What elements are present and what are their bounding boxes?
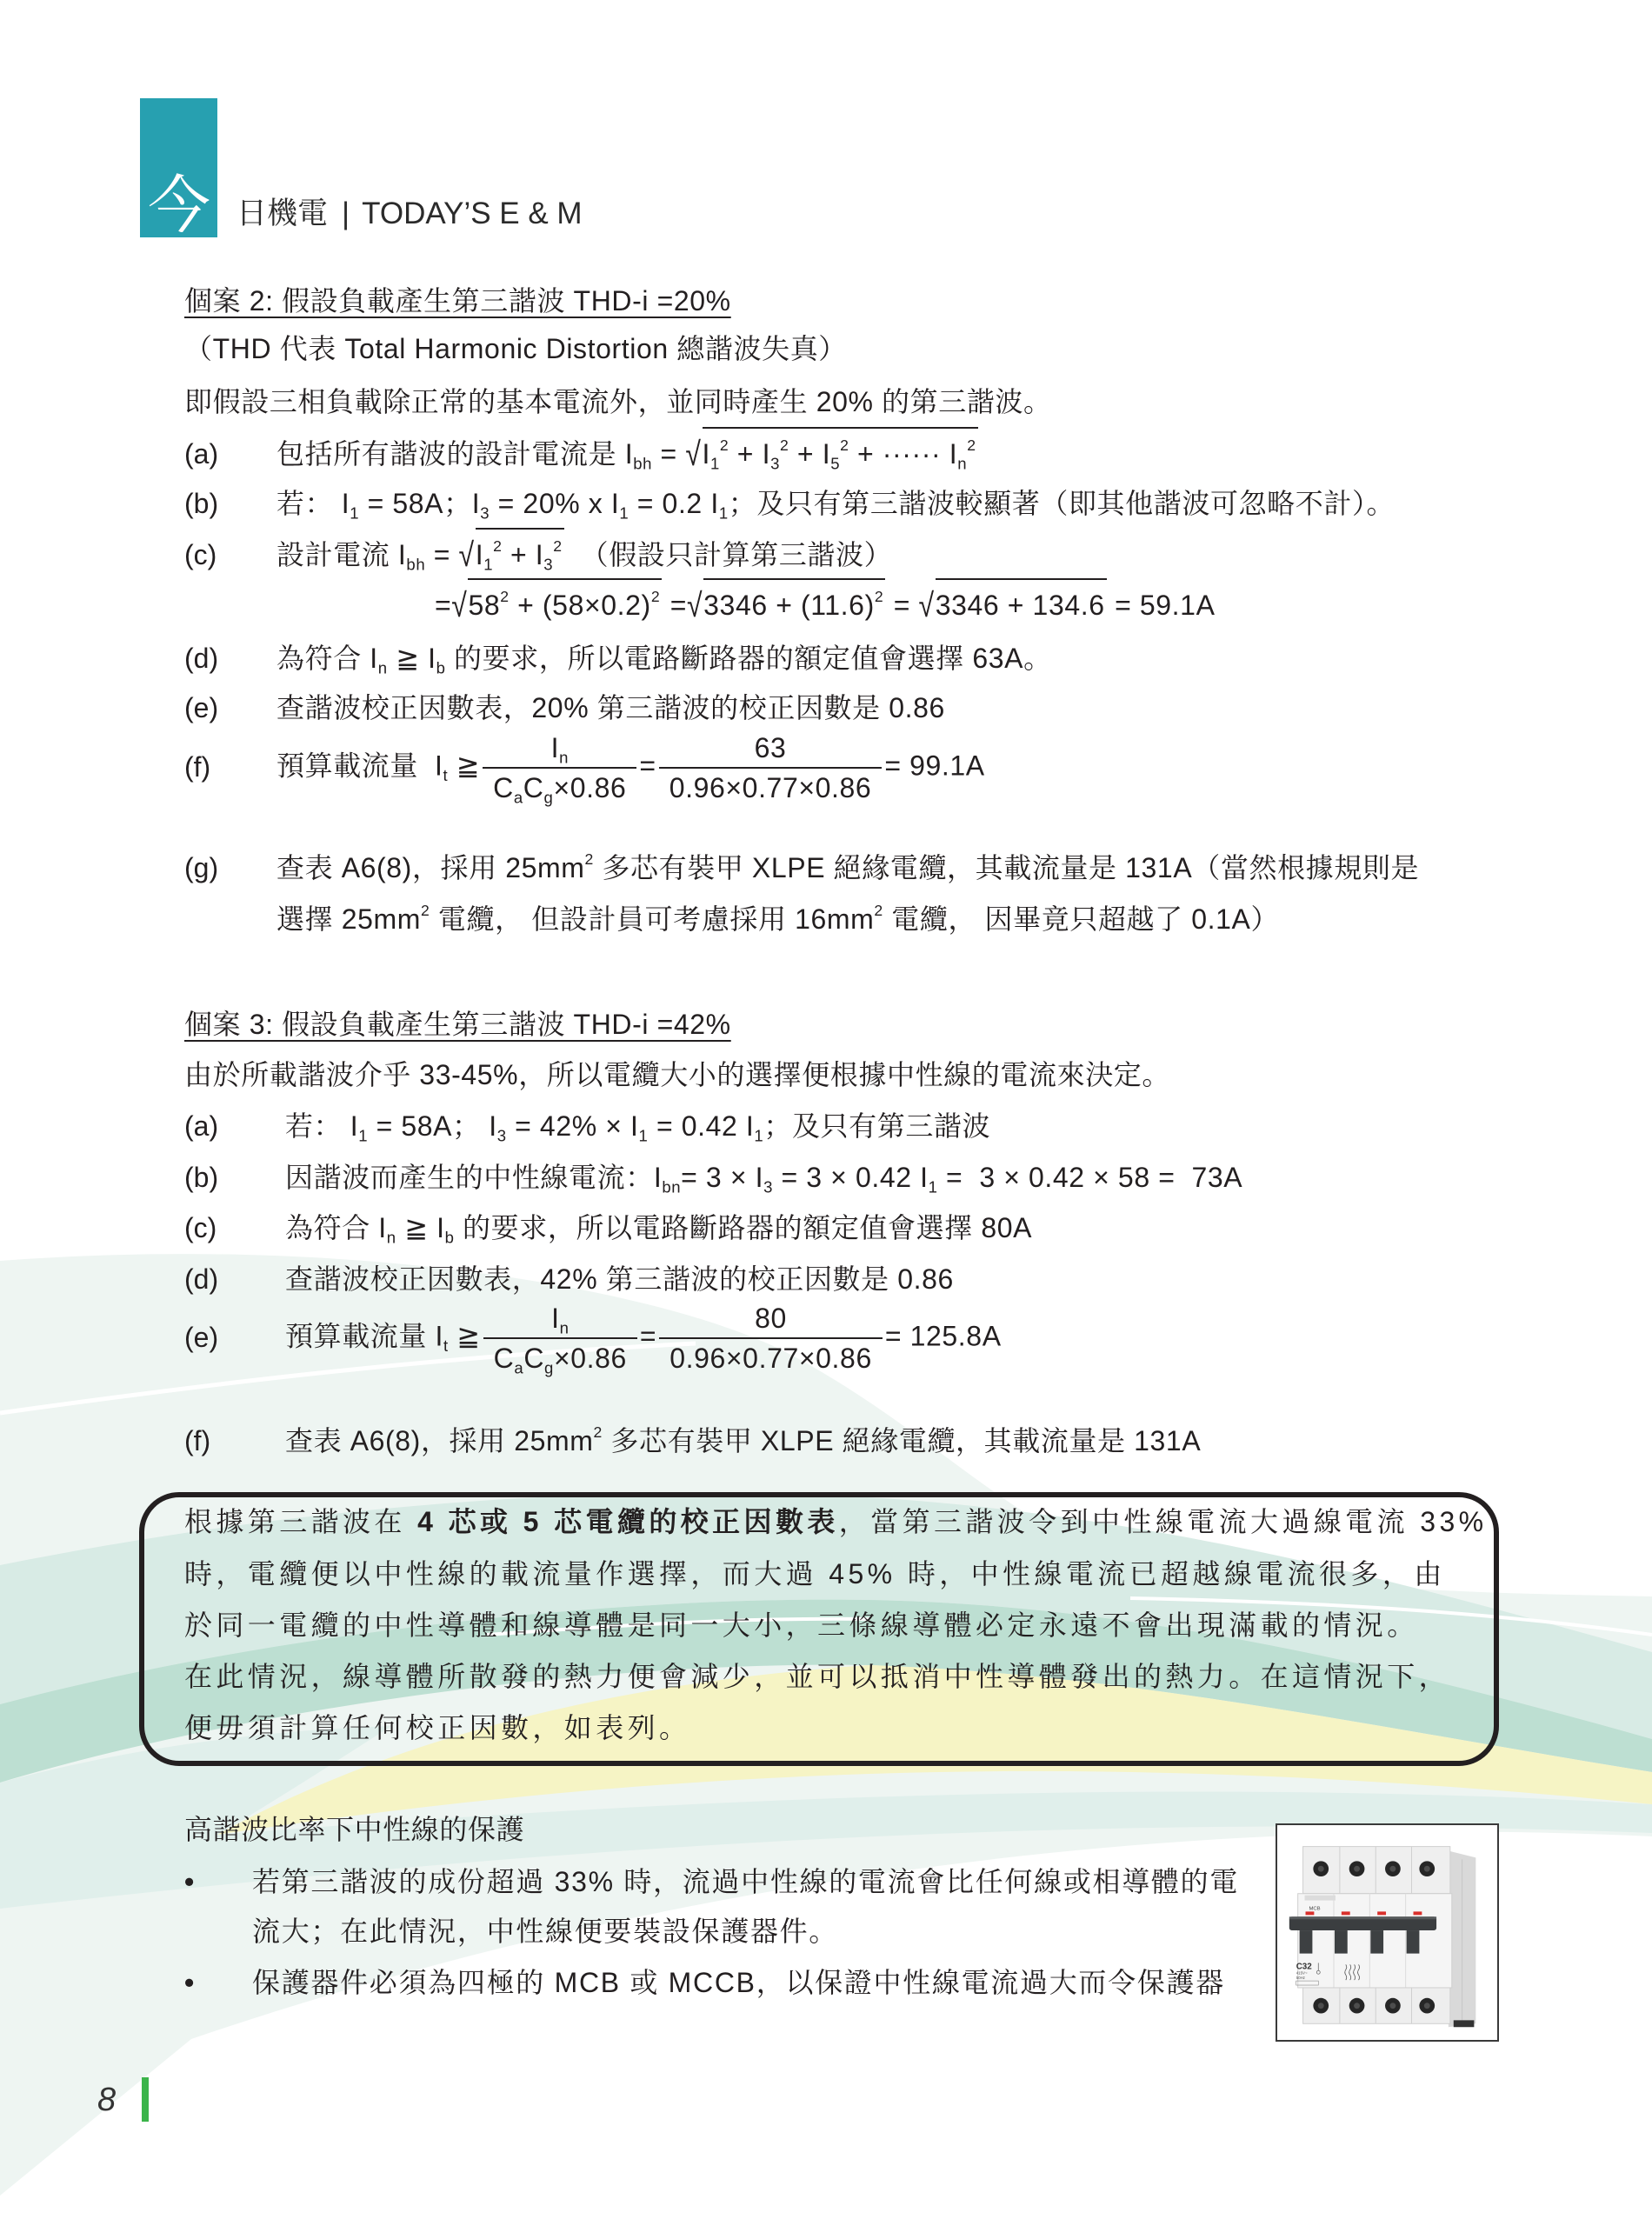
item-text: 預算載流量 It ≧InCaCg×0.86=630.96×0.77×0.86= … (276, 729, 985, 807)
math-symbol: I (630, 1110, 639, 1142)
subscript: n (387, 1228, 396, 1246)
note-line: 根據第三諧波在 4 芯或 5 芯電纜的校正因數表，當第三諧波令到中性線電流大過線… (184, 1504, 1488, 1539)
subscript: 1 (719, 503, 729, 522)
text-run: = (662, 590, 687, 621)
case-2-title: 個案 2: 假設負載產生第三諧波 THD-i =20% (184, 283, 731, 318)
case-2-intro: 即假設三相負載除正常的基本電流外，並同時產生 20% 的第三諧波。 (184, 384, 1052, 419)
text-run: 多芯有裝甲 XLPE 絕緣電纜，其載流量是 131A (603, 1425, 1201, 1456)
text-run: = 3 × 0.42 × 58 = 73A (938, 1162, 1243, 1193)
case-2-intro-row: 即假設三相負載除正常的基本電流外，並同時產生 20% 的第三諧波。 (0, 384, 1652, 419)
text-run: = 0.2 (629, 488, 710, 519)
square-root: √I12 + I32 (459, 537, 564, 577)
text-run: + (58×0.2) (510, 590, 651, 621)
radicand: I12 + I32 (476, 528, 564, 577)
text-run: 0.96×0.77×0.86 (669, 1343, 872, 1374)
subscript: b (436, 658, 446, 676)
case-3-item-e: (e) 預算載流量 It ≧InCaCg×0.86=800.96×0.77×0.… (0, 1299, 1652, 1334)
case-2-item-g: (g) 查表 A6(8)，採用 25mm2 多芯有裝甲 XLPE 絕緣電纜，其載… (0, 850, 1652, 885)
note-box: 根據第三諧波在 4 芯或 5 芯電纜的校正因數表，當第三諧波令到中性線電流大過線… (139, 1492, 1499, 1766)
math-symbol: I (436, 1320, 444, 1351)
math-symbol: I (472, 488, 481, 519)
subscript: n (957, 454, 967, 472)
superscript: 2 (874, 902, 883, 919)
bullet-icon: • (184, 1965, 194, 2000)
text-run: 預算載流量 (285, 1320, 436, 1351)
text-run: 查表 A6(8)，採用 25mm (285, 1425, 594, 1456)
bullet-text: 若第三諧波的成份超過 33% 時，流過中性線的電流會比任何線或相導體的電 (252, 1864, 1239, 1899)
note-line: 便毋須計算任何校正因數，如表列。 (184, 1710, 690, 1745)
square-root: √I12 + I32 + I52 + ······ In2 (685, 437, 977, 477)
item-text: 查諧波校正因數表，20% 第三諧波的校正因數是 0.86 (276, 690, 945, 725)
superscript: 2 (553, 537, 562, 555)
bullet-icon: • (184, 1864, 194, 1899)
math-symbol: I (551, 1303, 560, 1334)
square-root: √582 + (58×0.2)2 (451, 588, 662, 628)
math-symbol: I (611, 488, 620, 519)
math-symbol: I (746, 1110, 755, 1142)
radical-sign-icon: √ (919, 584, 935, 626)
subscript: 5 (830, 454, 840, 472)
brand-english: TODAY’S E & M (362, 197, 582, 230)
text-run: = (639, 750, 656, 781)
math-symbol: I (625, 438, 634, 470)
item-label: (b) (184, 1160, 218, 1195)
case-3-title: 個案 3: 假設負載產生第三諧波 THD-i =42% (184, 1007, 731, 1042)
square-root: √3346 + 134.6 (919, 588, 1107, 628)
item-label: (f) (184, 1423, 210, 1458)
text-run: ≧ (448, 750, 480, 781)
item-text: 若： I1 = 58A；I3 = 20% x I1 = 0.2 I1；及只有第三… (276, 486, 1395, 521)
case-2-item-f: (f) 預算載流量 It ≧InCaCg×0.86=630.96×0.77×0.… (0, 729, 1652, 763)
text-run: = (885, 590, 918, 621)
case-3-item-f: (f) 查表 A6(8)，採用 25mm2 多芯有裝甲 XLPE 絕緣電纜，其載… (0, 1423, 1652, 1458)
publication-title: 日機電|TODAY’S E & M (236, 197, 583, 231)
math-symbol: I (763, 438, 771, 470)
item-label: (a) (184, 437, 218, 471)
superscript: 2 (651, 588, 660, 605)
subscript: b (445, 1228, 455, 1246)
case-2-note: （THD 代表 Total Harmonic Distortion 總諧波失真） (184, 331, 847, 366)
text-run: C (493, 772, 514, 803)
item-text: 包括所有諧波的設計電流是 Ibh = √I12 + I32 + I52 + ··… (276, 437, 978, 477)
text-run: 在此情況，線導體所散發的熱力便會減少，並可以抵消中性導體發出的熱力。在這情況下， (184, 1661, 1450, 1692)
subscript: 3 (770, 454, 780, 472)
page: 今 日機電|TODAY’S E & M 個案 2: 假設負載產生第三諧波 THD… (0, 0, 1652, 2226)
text-run: + (503, 539, 536, 570)
subscript: 3 (763, 1177, 773, 1196)
superscript: 2 (875, 588, 883, 605)
subscript: 1 (754, 1126, 763, 1144)
mcb-side-panel (1449, 1851, 1475, 2028)
text-run: ≧ (388, 643, 428, 674)
logo-glyph: 今 (148, 174, 210, 237)
numerator: In (483, 729, 636, 769)
radical-sign-icon: √ (451, 584, 467, 626)
denominator: 0.96×0.77×0.86 (659, 1339, 883, 1377)
subscript: bh (406, 555, 425, 573)
math-symbol: I (703, 438, 711, 470)
text-run: 為符合 (276, 643, 370, 674)
text-run: 預算載流量 (276, 750, 435, 781)
text-run: C (523, 1343, 544, 1374)
superscript: 2 (421, 902, 430, 919)
subscript: a (514, 788, 523, 806)
mcb-bottom-terminals (1303, 1988, 1475, 2027)
text-run: ；及只有第三諧波較顯著（即其他諧波可忽略不計）。 (729, 488, 1395, 519)
text-run: ×0.86 (554, 1343, 627, 1374)
superscript: 2 (500, 588, 509, 605)
item-text: 為符合 In ≧ Ib 的要求，所以電路斷路器的額定值會選擇 80A (285, 1210, 1032, 1245)
text-run: = (652, 438, 685, 470)
math-symbol: I (489, 1110, 497, 1142)
math-symbol: I (823, 438, 831, 470)
radical-sign-icon: √ (685, 433, 701, 475)
page-number-accent-bar (142, 2077, 149, 2122)
text-run: = 20% x (490, 488, 611, 519)
mcb-voltage: 415V~ (1296, 1971, 1308, 1976)
superscript: 2 (780, 437, 789, 454)
item-text: 為符合 In ≧ Ib 的要求，所以電路斷路器的額定值會選擇 63A。 (276, 641, 1052, 676)
subscript: 3 (543, 555, 553, 573)
item-label: (c) (184, 537, 216, 572)
text-run: 查諧波校正因數表，20% 第三諧波的校正因數是 0.86 (276, 692, 945, 723)
text-run: ≧ (396, 1212, 436, 1243)
radicand: I12 + I32 + I52 + ······ In2 (703, 427, 978, 477)
denominator: CaCg×0.86 (483, 1339, 637, 1377)
case-2-item-c-continuation: =√582 + (58×0.2)2 =√3346 + (11.6)2 = √33… (0, 588, 1652, 623)
subscript: 1 (929, 1177, 938, 1196)
emphasis-text: 4 芯或 5 芯電纜的校正因數表 (417, 1506, 839, 1537)
text-run: （假設只計算第三諧波） (564, 539, 893, 570)
case-3-item-a: (a) 若： I1 = 58A； I3 = 42% × I1 = 0.42 I1… (0, 1109, 1652, 1143)
subscript: n (378, 658, 388, 676)
text-run: 的要求，所以電路斷路器的額定值會選擇 80A (455, 1212, 1033, 1243)
text-run: 80 (755, 1303, 787, 1334)
item-label: (e) (184, 690, 218, 725)
case-3-item-c: (c) 為符合 In ≧ Ib 的要求，所以電路斷路器的額定值會選擇 80A (0, 1210, 1652, 1245)
case-3-intro: 由於所載諧波介乎 33-45%，所以電纜大小的選擇便根據中性線的電流來決定。 (184, 1057, 1170, 1092)
text-run: = 3 × (681, 1162, 755, 1193)
item-label: (a) (184, 1109, 218, 1143)
subscript: 1 (639, 1126, 649, 1144)
text-run: = (425, 539, 458, 570)
fraction: 630.96×0.77×0.86 (659, 729, 883, 807)
text-run: 設計電流 (276, 539, 398, 570)
brand-chinese: 日機電 (236, 197, 328, 230)
numerator: 80 (659, 1299, 883, 1339)
item-label: (b) (184, 486, 218, 521)
math-symbol: I (949, 438, 958, 470)
radicand: 3346 + 134.6 (936, 578, 1107, 628)
math-symbol: I (428, 643, 436, 674)
text-run: ×0.86 (553, 772, 626, 803)
case-3-intro-row: 由於所載諧波介乎 33-45%，所以電纜大小的選擇便根據中性線的電流來決定。 (0, 1057, 1652, 1092)
item-text: 預算載流量 It ≧InCaCg×0.86=800.96×0.77×0.86= … (285, 1299, 1002, 1377)
text-run: = 3 × 0.42 (773, 1162, 920, 1193)
note-line: 時，電纜便以中性線的載流量作選擇，而大過 45% 時，中性線電流已超越線電流很多… (184, 1556, 1446, 1591)
item-label: (e) (184, 1320, 218, 1355)
subscript: 1 (710, 454, 720, 472)
subscript: n (560, 1318, 570, 1336)
item-text: 查表 A6(8)，採用 25mm2 多芯有裝甲 XLPE 絕緣電纜，其載流量是 … (276, 850, 1419, 885)
protection-heading: 高諧波比率下中性線的保護 (184, 1812, 524, 1847)
item-text: 選擇 25mm2 電纜， 但設計員可考慮採用 16mm2 電纜， 因畢竟只超越了… (276, 902, 1279, 936)
square-root: √3346 + (11.6)2 (687, 588, 885, 628)
item-label: (g) (184, 850, 218, 885)
case-2-item-c: (c) 設計電流 Ibh = √I12 + I32 （假設只計算第三諧波） (0, 537, 1652, 572)
text-run: ，當第三諧波令到中性線電流大過線電流 33% (839, 1506, 1488, 1537)
text-run: C (494, 1343, 515, 1374)
math-symbol: I (398, 539, 407, 570)
subscript: 1 (358, 1126, 368, 1144)
case-2-item-e: (e) 查諧波校正因數表，20% 第三諧波的校正因數是 0.86 (0, 690, 1652, 725)
superscript: 2 (493, 537, 502, 555)
text-run: = 42% × (507, 1110, 630, 1142)
case-3-item-d: (d) 查諧波校正因數表，42% 第三諧波的校正因數是 0.86 (0, 1262, 1652, 1296)
text-run: = (640, 1320, 656, 1351)
math-symbol: I (536, 539, 544, 570)
text-run: = 99.1A (884, 750, 984, 781)
fraction: InCaCg×0.86 (483, 729, 636, 807)
subscript: bn (662, 1177, 681, 1196)
case-2-item-d: (d) 為符合 In ≧ Ib 的要求，所以電路斷路器的額定值會選擇 63A。 (0, 641, 1652, 676)
math-symbol: I (350, 1110, 359, 1142)
brand-separator: | (342, 197, 350, 230)
text-run: 63 (755, 732, 787, 763)
item-label: (f) (184, 750, 210, 784)
item-text: 因諧波而產生的中性線電流：Ibn= 3 × I3 = 3 × 0.42 I1 =… (285, 1160, 1242, 1195)
item-label: (d) (184, 641, 218, 676)
math-symbol: I (476, 539, 484, 570)
bullet-text: 保護器件必須為四極的 MCB 或 MCCB，以保證中性線電流過大而令保護器 (252, 1965, 1225, 2000)
radicand: 3346 + (11.6)2 (703, 578, 885, 628)
text-run: 3346 + (11.6) (703, 590, 875, 621)
case-3-item-b: (b) 因諧波而產生的中性線電流：Ibn= 3 × I3 = 3 × 0.42 … (0, 1160, 1652, 1195)
subscript: 3 (480, 503, 490, 522)
denominator: CaCg×0.86 (483, 769, 636, 807)
subscript: bh (633, 454, 652, 472)
fraction: 800.96×0.77×0.86 (659, 1299, 883, 1377)
case-2-note-row: （THD 代表 Total Harmonic Distortion 總諧波失真） (0, 331, 1652, 366)
text-run: 若： (285, 1110, 350, 1142)
text-run: = 58A； (368, 1110, 489, 1142)
text-run: = 125.8A (885, 1320, 1002, 1351)
text-run: = 58A； (359, 488, 472, 519)
case-3-title-row: 個案 3: 假設負載產生第三諧波 THD-i =42% (0, 1007, 1652, 1042)
text-run: + (789, 438, 822, 470)
case-2-item-g-continuation: 選擇 25mm2 電纜， 但設計員可考慮採用 16mm2 電纜， 因畢竟只超越了… (0, 902, 1652, 936)
page-number: 8 (97, 2083, 116, 2117)
math-symbol: I (342, 488, 350, 519)
denominator: 0.96×0.77×0.86 (659, 769, 883, 807)
note-line: 在此情況，線導體所散發的熱力便會減少，並可以抵消中性導體發出的熱力。在這情況下， (184, 1659, 1450, 1694)
numerator: In (483, 1299, 637, 1339)
superscript: 2 (967, 437, 976, 454)
formula-continuation: =√582 + (58×0.2)2 =√3346 + (11.6)2 = √33… (435, 588, 1216, 628)
item-text: 查表 A6(8)，採用 25mm2 多芯有裝甲 XLPE 絕緣電纜，其載流量是 … (285, 1423, 1201, 1458)
item-text: 若： I1 = 58A； I3 = 42% × I1 = 0.42 I1；及只有… (285, 1109, 990, 1143)
text-run: = 59.1A (1107, 590, 1216, 621)
case-2-item-b: (b) 若： I1 = 58A；I3 = 20% x I1 = 0.2 I1；及… (0, 486, 1652, 521)
text-run: 時，電纜便以中性線的載流量作選擇，而大過 45% 時，中性線電流已超越線電流很多… (184, 1558, 1446, 1590)
mcb-frequency: 50Hz (1296, 1976, 1305, 1980)
math-symbol: I (551, 732, 560, 763)
text-run: + ······ (849, 438, 949, 470)
text-run: = (435, 590, 451, 621)
text-run: ≧ (449, 1320, 481, 1351)
case-2-title-row: 個案 2: 假設負載產生第三諧波 THD-i =20% (0, 283, 1652, 318)
math-symbol: I (654, 1162, 663, 1193)
superscript: 2 (720, 437, 729, 454)
item-label: (d) (184, 1262, 218, 1296)
note-line: 於同一電纜的中性導體和線導體是同一大小，三條線導體必定永遠不會出現滿載的情況。 (184, 1608, 1419, 1643)
mcb-top-terminals (1303, 1847, 1450, 1894)
math-symbol: I (710, 488, 719, 519)
superscript: 2 (594, 1423, 603, 1441)
text-run: 0.96×0.77×0.86 (669, 772, 872, 803)
text-run: 查表 A6(8)，採用 25mm (276, 852, 585, 883)
subscript: 1 (483, 555, 493, 573)
text-run: 包括所有諧波的設計電流是 (276, 438, 625, 470)
math-symbol: I (436, 1212, 445, 1243)
subscript: 1 (350, 503, 359, 522)
text-run: 根據第三諧波在 (184, 1506, 417, 1537)
superscript: 2 (585, 850, 594, 868)
numerator: 63 (659, 729, 883, 769)
four-pole-mcb-illustration: MCB C32 415V~ 50Hz (1277, 1825, 1497, 2040)
text-run: 因諧波而產生的中性線電流： (285, 1162, 654, 1193)
text-run: 便毋須計算任何校正因數，如表列。 (184, 1712, 690, 1743)
subscript: g (544, 788, 554, 806)
radical-sign-icon: √ (687, 584, 703, 626)
math-symbol: I (920, 1162, 929, 1193)
bullet-text: 流大；在此情況，中性線便要裝設保護器件。 (252, 1914, 838, 1949)
fraction: InCaCg×0.86 (483, 1299, 637, 1377)
math-symbol: I (378, 1212, 387, 1243)
logo: 今 (140, 98, 217, 237)
text-run: 於同一電纜的中性導體和線導體是同一大小，三條線導體必定永遠不會出現滿載的情況。 (184, 1610, 1419, 1641)
text-run: 多芯有裝甲 XLPE 絕緣電纜，其載流量是 131A（當然根據規則是 (594, 852, 1419, 883)
text-run: 選擇 25mm (276, 903, 421, 935)
text-run: 為符合 (285, 1212, 378, 1243)
subscript: a (514, 1358, 523, 1376)
text-run: 3346 + 134.6 (936, 590, 1105, 621)
item-text: 設計電流 Ibh = √I12 + I32 （假設只計算第三諧波） (276, 537, 892, 577)
text-run: C (523, 772, 544, 803)
mcb-rating: C32 (1296, 1962, 1313, 1971)
radicand: 582 + (58×0.2)2 (468, 578, 662, 628)
mcb-type-label: MCB (1309, 1906, 1320, 1911)
superscript: 2 (840, 437, 849, 454)
text-run: 若： (276, 488, 342, 519)
math-symbol: I (370, 643, 378, 674)
math-symbol: I (756, 1162, 764, 1193)
text-run: 的要求，所以電路斷路器的額定值會選擇 63A。 (446, 643, 1052, 674)
text-run: 58 (468, 590, 500, 621)
subscript: 1 (619, 503, 629, 522)
item-text: 查諧波校正因數表，42% 第三諧波的校正因數是 0.86 (285, 1262, 954, 1296)
text-run: ；及只有第三諧波 (763, 1110, 990, 1142)
text-run: 查諧波校正因數表，42% 第三諧波的校正因數是 0.86 (285, 1263, 954, 1295)
subscript: 3 (497, 1126, 507, 1144)
text-run: = 0.42 (648, 1110, 745, 1142)
text-run: + (729, 438, 762, 470)
text-run: 電纜， 因畢竟只超越了 0.1A） (883, 903, 1279, 935)
item-label: (c) (184, 1210, 216, 1245)
mcb-photo: MCB C32 415V~ 50Hz (1276, 1823, 1499, 2042)
subscript: g (544, 1358, 554, 1376)
case-2-item-a: (a) 包括所有諧波的設計電流是 Ibh = √I12 + I32 + I52 … (0, 437, 1652, 471)
radical-sign-icon: √ (459, 534, 475, 576)
subscript: n (559, 748, 569, 766)
text-run: 電纜， 但設計員可考慮採用 16mm (430, 903, 874, 935)
